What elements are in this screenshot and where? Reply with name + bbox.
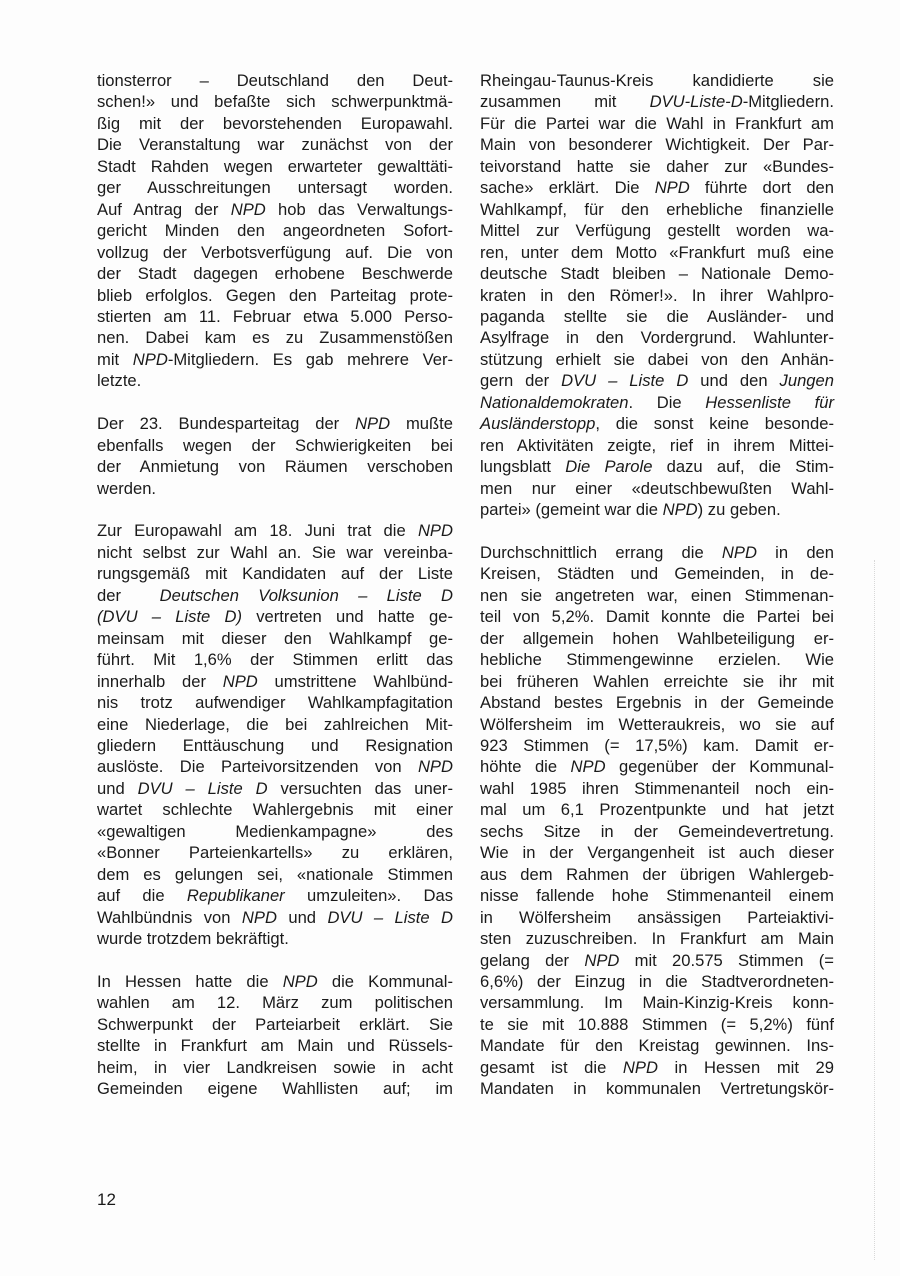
text-line: mit NPD-Mitgliedern. Es gab mehrere Ver- bbox=[97, 349, 453, 370]
text-segment: meinsam mit dieser den Wahlkampf ge- bbox=[97, 629, 453, 648]
text-segment: Main von besonderer Wichtigkeit. Der Par… bbox=[480, 135, 834, 154]
text-segment: Durchschnittlich errang die bbox=[480, 543, 722, 562]
left-column: tionsterror – Deutschland den Deut-schen… bbox=[97, 70, 453, 1121]
italic-text: Jungen bbox=[780, 371, 834, 390]
text-line: blieb erfolglos. Gegen den Parteitag pro… bbox=[97, 285, 453, 306]
text-segment: deutsche Stadt bleiben – Nationale Demo- bbox=[480, 264, 834, 283]
text-segment: in den bbox=[757, 543, 834, 562]
text-segment: . Die bbox=[629, 393, 706, 412]
text-segment: Wahlbündnis von bbox=[97, 908, 242, 927]
text-segment: , die sonst keine besonde- bbox=[595, 414, 834, 433]
text-line: 923 Stimmen (= 17,5%) kam. Damit er- bbox=[480, 735, 834, 756]
text-segment: vollzug der Verbotsverfügung auf. Die vo… bbox=[97, 243, 453, 262]
text-segment: gegenüber der Kommunal- bbox=[606, 757, 834, 776]
text-segment: nicht selbst zur Wahl an. Sie war verein… bbox=[97, 543, 453, 562]
text-segment: gesamt ist die bbox=[480, 1058, 623, 1077]
text-line: werden. bbox=[97, 478, 453, 499]
text-line: Mandaten in kommunalen Vertretungskör- bbox=[480, 1078, 834, 1099]
text-segment: blieb erfolglos. Gegen den Parteitag pro… bbox=[97, 286, 453, 305]
text-segment: sten zuzuschreiben. In Frankfurt am Main bbox=[480, 929, 834, 948]
paragraph: In Hessen hatte die NPD die Kommunal-wah… bbox=[97, 971, 453, 1100]
text-line: Auf Antrag der NPD hob das Verwaltungs- bbox=[97, 199, 453, 220]
text-line: Mandate für den Kreistag gewinnen. Ins- bbox=[480, 1035, 834, 1056]
text-line: gern der DVU – Liste D und den Jungen bbox=[480, 370, 834, 391]
text-line: Wahlkampf, für den erhebliche finanziell… bbox=[480, 199, 834, 220]
text-segment: wurde trotzdem bekräftigt. bbox=[97, 929, 289, 948]
text-line: Main von besonderer Wichtigkeit. Der Par… bbox=[480, 134, 834, 155]
italic-text: NPD bbox=[722, 543, 757, 562]
text-line: ger Ausschreitungen untersagt worden. bbox=[97, 177, 453, 198]
text-line: Schwerpunkt der Parteiarbeit erklärt. Si… bbox=[97, 1014, 453, 1035]
text-segment: te sie mit 10.888 Stimmen (= 5,2%) fünf bbox=[480, 1015, 834, 1034]
text-segment: partei» (gemeint war die bbox=[480, 500, 663, 519]
text-segment: Mittel zur Verfügung gestellt worden wa- bbox=[480, 221, 834, 240]
text-segment: Wie in der Vergangenheit ist auch dieser bbox=[480, 843, 834, 862]
text-segment: werden. bbox=[97, 479, 156, 498]
text-segment: höhte die bbox=[480, 757, 571, 776]
text-segment: «gewaltigen Medienkampagne» des bbox=[97, 822, 453, 841]
text-line: kraten in den Römer!». In ihrer Wahlpro- bbox=[480, 285, 834, 306]
text-line: Die Veranstaltung war zunächst von der bbox=[97, 134, 453, 155]
text-segment: auslöste. Die Parteivorsitzenden von bbox=[97, 757, 418, 776]
italic-text: NPD bbox=[283, 972, 318, 991]
italic-text: DVU – Liste D bbox=[138, 779, 268, 798]
text-segment: ebenfalls wegen der Schwierigkeiten bei bbox=[97, 436, 453, 455]
italic-text: NPD bbox=[418, 521, 453, 540]
italic-text: Nationaldemokraten bbox=[480, 393, 629, 412]
paragraph: Rheingau-Taunus-Kreis kandidierte siezus… bbox=[480, 70, 834, 521]
text-line: Asylfrage in den Vordergrund. Wahlunter- bbox=[480, 327, 834, 348]
text-line: Mittel zur Verfügung gestellt worden wa- bbox=[480, 220, 834, 241]
text-segment: wahl 1985 ihren Stimmenanteil noch ein- bbox=[480, 779, 834, 798]
text-segment: dem es gelungen sei, «nationale Stimmen bbox=[97, 865, 453, 884]
text-line: nicht selbst zur Wahl an. Sie war verein… bbox=[97, 542, 453, 563]
text-segment: Kreisen, Städten und Gemeinden, in de- bbox=[480, 564, 834, 583]
text-segment: Wahlkampf, für den erhebliche finanziell… bbox=[480, 200, 834, 219]
text-line: auf die Republikaner umzuleiten». Das bbox=[97, 885, 453, 906]
text-line: zusammen mit DVU-Liste-D-Mitgliedern. bbox=[480, 91, 834, 112]
text-segment: ßig mit der bevorstehenden Europawahl. bbox=[97, 114, 453, 133]
text-segment: nen. Dabei kam es zu Zusammenstößen bbox=[97, 328, 453, 347]
text-line: Der 23. Bundesparteitag der NPD mußte bbox=[97, 413, 453, 434]
text-segment: -Mitgliedern. Es gab mehrere Ver- bbox=[168, 350, 453, 369]
text-segment: und bbox=[97, 779, 138, 798]
text-segment: und den bbox=[688, 371, 779, 390]
text-segment: in Hessen mit 29 bbox=[658, 1058, 834, 1077]
text-segment: auf die bbox=[97, 886, 187, 905]
italic-text: NPD bbox=[231, 200, 266, 219]
text-line: Kreisen, Städten und Gemeinden, in de- bbox=[480, 563, 834, 584]
text-line: dem es gelungen sei, «nationale Stimmen bbox=[97, 864, 453, 885]
text-line: der Deutschen Volksunion – Liste D bbox=[97, 585, 453, 606]
text-segment: aus dem Rahmen der übrigen Wahlergeb- bbox=[480, 865, 834, 884]
paragraph: Durchschnittlich errang die NPD in denKr… bbox=[480, 542, 834, 1100]
text-segment: Der 23. Bundesparteitag der bbox=[97, 414, 355, 433]
text-segment: und bbox=[277, 908, 328, 927]
text-segment: tionsterror – Deutschland den Deut- bbox=[97, 71, 453, 90]
text-segment: Wölfersheim im Wetteraukreis, wo sie auf bbox=[480, 715, 834, 734]
italic-text: Republikaner bbox=[187, 886, 285, 905]
text-segment: Zur Europawahl am 18. Juni trat die bbox=[97, 521, 418, 540]
text-segment: «Bonner Parteienkartells» zu erklären, bbox=[97, 843, 453, 862]
text-line: ßig mit der bevorstehenden Europawahl. bbox=[97, 113, 453, 134]
text-segment: der Stadt dagegen erhobene Beschwerde bbox=[97, 264, 453, 283]
text-segment: mal um 6,1 Prozentpunkte und hat jetzt bbox=[480, 800, 834, 819]
text-line: mal um 6,1 Prozentpunkte und hat jetzt bbox=[480, 799, 834, 820]
text-segment: schen!» und befaßte sich schwerpunktmä- bbox=[97, 92, 453, 111]
text-segment: 923 Stimmen (= 17,5%) kam. Damit er- bbox=[480, 736, 834, 755]
text-line: nen sie angetreten war, einen Stimmenan- bbox=[480, 585, 834, 606]
text-segment: umzuleiten». Das bbox=[285, 886, 453, 905]
text-line: sechs Sitze in der Gemeindevertretung. bbox=[480, 821, 834, 842]
text-line: innerhalb der NPD umstrittene Wahlbünd- bbox=[97, 671, 453, 692]
text-segment: wartet schlechte Wahlergebnis mit einer bbox=[97, 800, 453, 819]
text-line: gliedern Enttäuschung und Resignation bbox=[97, 735, 453, 756]
text-line: sten zuzuschreiben. In Frankfurt am Main bbox=[480, 928, 834, 949]
text-line: Wie in der Vergangenheit ist auch dieser bbox=[480, 842, 834, 863]
text-segment: men nur einer «deutschbewußten Wahl- bbox=[480, 479, 834, 498]
text-line: auslöste. Die Parteivorsitzenden von NPD bbox=[97, 756, 453, 777]
italic-text: Ausländerstopp bbox=[480, 414, 595, 433]
text-segment: der allgemein hohen Wahlbeteiligung er- bbox=[480, 629, 834, 648]
text-segment: ) zu geben. bbox=[698, 500, 781, 519]
text-line: nen. Dabei kam es zu Zusammenstößen bbox=[97, 327, 453, 348]
text-segment: Abstand bestes Ergebnis in der Gemeinde bbox=[480, 693, 834, 712]
text-segment: umstrittene Wahlbünd- bbox=[258, 672, 453, 691]
text-segment: innerhalb der bbox=[97, 672, 223, 691]
italic-text: DVU – Liste D bbox=[327, 908, 453, 927]
text-segment: ren Aktivitäten zeigte, rief in ihrem Mi… bbox=[480, 436, 834, 455]
text-segment: kraten in den Römer!». In ihrer Wahlpro- bbox=[480, 286, 834, 305]
text-line: stierten am 11. Februar etwa 5.000 Perso… bbox=[97, 306, 453, 327]
text-line: (DVU – Liste D) vertreten und hatte ge- bbox=[97, 606, 453, 627]
text-line: 6,6%) der Einzug in die Stadtverordneten… bbox=[480, 971, 834, 992]
text-segment: Stadt Rahden wegen erwarteter gewalttäti… bbox=[97, 157, 453, 176]
text-segment: In Hessen hatte die bbox=[97, 972, 283, 991]
text-line: versammlung. Im Main-Kinzig-Kreis konn- bbox=[480, 992, 834, 1013]
text-segment: Die Veranstaltung war zunächst von der bbox=[97, 135, 453, 154]
text-line: Gemeinden eigene Wahllisten auf; im bbox=[97, 1078, 453, 1099]
text-segment: in Wölfersheim ansässigen Parteiaktivi- bbox=[480, 908, 834, 927]
text-line: höhte die NPD gegenüber der Kommunal- bbox=[480, 756, 834, 777]
italic-text: Die Parole bbox=[565, 457, 652, 476]
text-line: Wölfersheim im Wetteraukreis, wo sie auf bbox=[480, 714, 834, 735]
text-line: wurde trotzdem bekräftigt. bbox=[97, 928, 453, 949]
text-line: wartet schlechte Wahlergebnis mit einer bbox=[97, 799, 453, 820]
scan-margin-mark bbox=[874, 560, 876, 1260]
text-line: partei» (gemeint war die NPD) zu geben. bbox=[480, 499, 834, 520]
text-line: stützung erhielt sie dabei von den Anhän… bbox=[480, 349, 834, 370]
text-line: In Hessen hatte die NPD die Kommunal- bbox=[97, 971, 453, 992]
text-line: der Stadt dagegen erhobene Beschwerde bbox=[97, 263, 453, 284]
text-segment: stützung erhielt sie dabei von den Anhän… bbox=[480, 350, 834, 369]
italic-text: NPD bbox=[242, 908, 277, 927]
text-segment: Schwerpunkt der Parteiarbeit erklärt. Si… bbox=[97, 1015, 453, 1034]
text-segment: sechs Sitze in der Gemeindevertretung. bbox=[480, 822, 834, 841]
text-segment: mußte bbox=[390, 414, 453, 433]
text-line: «Bonner Parteienkartells» zu erklären, bbox=[97, 842, 453, 863]
text-line: führt. Mit 1,6% der Stimmen erlitt das bbox=[97, 649, 453, 670]
italic-text: Deutschen Volksunion – Liste D bbox=[160, 586, 453, 605]
text-line: deutsche Stadt bleiben – Nationale Demo- bbox=[480, 263, 834, 284]
text-line: teivorstand hatte sie daher zur «Bundes- bbox=[480, 156, 834, 177]
text-line: stellte in Frankfurt am Main und Rüssels… bbox=[97, 1035, 453, 1056]
text-segment: dazu auf, die Stim- bbox=[652, 457, 834, 476]
italic-text: NPD bbox=[223, 672, 258, 691]
italic-text: (DVU – Liste D) bbox=[97, 607, 242, 626]
text-segment: hebliche Stimmengewinne erzielen. Wie bbox=[480, 650, 834, 669]
text-segment: vertreten und hatte ge- bbox=[242, 607, 453, 626]
text-line: der Anmietung von Räumen verschoben bbox=[97, 456, 453, 477]
text-line: wahl 1985 ihren Stimmenanteil noch ein- bbox=[480, 778, 834, 799]
text-segment: Rheingau-Taunus-Kreis kandidierte sie bbox=[480, 71, 834, 90]
text-line: «gewaltigen Medienkampagne» des bbox=[97, 821, 453, 842]
text-segment: mit bbox=[97, 350, 133, 369]
text-segment: sache» erklärt. Die bbox=[480, 178, 655, 197]
text-line: vollzug der Verbotsverfügung auf. Die vo… bbox=[97, 242, 453, 263]
text-line: ren, unter dem Motto «Frankfurt muß eine bbox=[480, 242, 834, 263]
text-segment: letzte. bbox=[97, 371, 141, 390]
text-segment: lungsblatt bbox=[480, 457, 565, 476]
text-segment: Gemeinden eigene Wahllisten auf; im bbox=[97, 1079, 453, 1098]
text-line: nisse fallende hohe Stimmenanteil einem bbox=[480, 885, 834, 906]
text-line: letzte. bbox=[97, 370, 453, 391]
text-segment: Mandaten in kommunalen Vertretungskör- bbox=[480, 1079, 834, 1098]
text-segment: teil von 5,2%. Damit konnte die Partei b… bbox=[480, 607, 834, 626]
text-segment: gliedern Enttäuschung und Resignation bbox=[97, 736, 453, 755]
italic-text: NPD bbox=[663, 500, 698, 519]
text-segment: führte dort den bbox=[690, 178, 834, 197]
italic-text: NPD bbox=[571, 757, 606, 776]
text-line: Für die Partei war die Wahl in Frankfurt… bbox=[480, 113, 834, 134]
italic-text: NPD bbox=[584, 951, 619, 970]
italic-text: NPD bbox=[355, 414, 390, 433]
right-column: Rheingau-Taunus-Kreis kandidierte siezus… bbox=[480, 70, 834, 1121]
text-line: ebenfalls wegen der Schwierigkeiten bei bbox=[97, 435, 453, 456]
text-segment: Auf Antrag der bbox=[97, 200, 231, 219]
text-line: meinsam mit dieser den Wahlkampf ge- bbox=[97, 628, 453, 649]
text-segment: ger Ausschreitungen untersagt worden. bbox=[97, 178, 453, 197]
text-line: ren Aktivitäten zeigte, rief in ihrem Mi… bbox=[480, 435, 834, 456]
text-line: teil von 5,2%. Damit konnte die Partei b… bbox=[480, 606, 834, 627]
text-line: in Wölfersheim ansässigen Parteiaktivi- bbox=[480, 907, 834, 928]
text-line: Abstand bestes Ergebnis in der Gemeinde bbox=[480, 692, 834, 713]
italic-text: NPD bbox=[418, 757, 453, 776]
text-segment: wahlen am 12. März zum politischen bbox=[97, 993, 453, 1012]
text-line: nis trotz aufwendiger Wahlkampfagitation bbox=[97, 692, 453, 713]
text-segment: gern der bbox=[480, 371, 561, 390]
text-line: schen!» und befaßte sich schwerpunktmä- bbox=[97, 91, 453, 112]
text-line: lungsblatt Die Parole dazu auf, die Stim… bbox=[480, 456, 834, 477]
text-line: gericht Minden den angeordneten Sofort- bbox=[97, 220, 453, 241]
text-line: tionsterror – Deutschland den Deut- bbox=[97, 70, 453, 91]
paragraph: tionsterror – Deutschland den Deut-schen… bbox=[97, 70, 453, 392]
italic-text: Hessenliste für bbox=[705, 393, 834, 412]
text-segment: gericht Minden den angeordneten Sofort- bbox=[97, 221, 453, 240]
text-segment: bei früheren Wahlen erreichte sie ihr mi… bbox=[480, 672, 834, 691]
text-segment: 6,6%) der Einzug in die Stadtverordneten… bbox=[480, 972, 834, 991]
text-line: te sie mit 10.888 Stimmen (= 5,2%) fünf bbox=[480, 1014, 834, 1035]
text-line: wahlen am 12. März zum politischen bbox=[97, 992, 453, 1013]
text-segment: heim, in vier Landkreisen sowie in acht bbox=[97, 1058, 453, 1077]
text-segment: eine Niederlage, die bei zahlreichen Mit… bbox=[97, 715, 453, 734]
text-segment: Mandate für den Kreistag gewinnen. Ins- bbox=[480, 1036, 834, 1055]
text-segment: nisse fallende hohe Stimmenanteil einem bbox=[480, 886, 834, 905]
text-line: gelang der NPD mit 20.575 Stimmen (= bbox=[480, 950, 834, 971]
text-segment: paganda stellte sie die Ausländer- und bbox=[480, 307, 834, 326]
text-line: Zur Europawahl am 18. Juni trat die NPD bbox=[97, 520, 453, 541]
text-line: Ausländerstopp, die sonst keine besonde- bbox=[480, 413, 834, 434]
text-segment: hob das Verwaltungs- bbox=[266, 200, 453, 219]
text-line: gesamt ist die NPD in Hessen mit 29 bbox=[480, 1057, 834, 1078]
text-segment: versuchten das uner- bbox=[268, 779, 453, 798]
text-segment: teivorstand hatte sie daher zur «Bundes- bbox=[480, 157, 834, 176]
text-segment: stierten am 11. Februar etwa 5.000 Perso… bbox=[97, 307, 453, 326]
text-line: rungsgemäß mit Kandidaten auf der Liste bbox=[97, 563, 453, 584]
italic-text: DVU – Liste D bbox=[561, 371, 688, 390]
text-segment: gelang der bbox=[480, 951, 584, 970]
text-segment: -Mitgliedern. bbox=[743, 92, 834, 111]
text-segment: rungsgemäß mit Kandidaten auf der Liste bbox=[97, 564, 453, 583]
text-segment: nis trotz aufwendiger Wahlkampfagitation bbox=[97, 693, 453, 712]
text-line: aus dem Rahmen der übrigen Wahlergeb- bbox=[480, 864, 834, 885]
text-line: men nur einer «deutschbewußten Wahl- bbox=[480, 478, 834, 499]
italic-text: DVU-Liste-D bbox=[650, 92, 743, 111]
text-line: Stadt Rahden wegen erwarteter gewalttäti… bbox=[97, 156, 453, 177]
text-line: paganda stellte sie die Ausländer- und bbox=[480, 306, 834, 327]
text-segment: ren, unter dem Motto «Frankfurt muß eine bbox=[480, 243, 834, 262]
text-segment: versammlung. Im Main-Kinzig-Kreis konn- bbox=[480, 993, 834, 1012]
text-line: Nationaldemokraten. Die Hessenliste für bbox=[480, 392, 834, 413]
text-segment: Asylfrage in den Vordergrund. Wahlunter- bbox=[480, 328, 834, 347]
text-segment: zusammen mit bbox=[480, 92, 650, 111]
page-number: 12 bbox=[97, 1190, 116, 1210]
italic-text: NPD bbox=[655, 178, 690, 197]
text-line: Rheingau-Taunus-Kreis kandidierte sie bbox=[480, 70, 834, 91]
text-segment: die Kommunal- bbox=[318, 972, 453, 991]
text-segment: Für die Partei war die Wahl in Frankfurt… bbox=[480, 114, 834, 133]
italic-text: NPD bbox=[133, 350, 168, 369]
text-line: sache» erklärt. Die NPD führte dort den bbox=[480, 177, 834, 198]
text-line: der allgemein hohen Wahlbeteiligung er- bbox=[480, 628, 834, 649]
text-segment: nen sie angetreten war, einen Stimmenan- bbox=[480, 586, 834, 605]
text-line: bei früheren Wahlen erreichte sie ihr mi… bbox=[480, 671, 834, 692]
text-line: Wahlbündnis von NPD und DVU – Liste D bbox=[97, 907, 453, 928]
text-segment: der bbox=[97, 586, 160, 605]
text-line: Durchschnittlich errang die NPD in den bbox=[480, 542, 834, 563]
text-line: und DVU – Liste D versuchten das uner- bbox=[97, 778, 453, 799]
text-line: heim, in vier Landkreisen sowie in acht bbox=[97, 1057, 453, 1078]
paragraph: Der 23. Bundesparteitag der NPD mußteebe… bbox=[97, 413, 453, 499]
text-segment: stellte in Frankfurt am Main und Rüssels… bbox=[97, 1036, 453, 1055]
document-page: tionsterror – Deutschland den Deut-schen… bbox=[0, 0, 900, 1276]
text-segment: führt. Mit 1,6% der Stimmen erlitt das bbox=[97, 650, 453, 669]
text-segment: mit 20.575 Stimmen (= bbox=[619, 951, 834, 970]
text-line: eine Niederlage, die bei zahlreichen Mit… bbox=[97, 714, 453, 735]
text-line: hebliche Stimmengewinne erzielen. Wie bbox=[480, 649, 834, 670]
text-segment: der Anmietung von Räumen verschoben bbox=[97, 457, 453, 476]
paragraph: Zur Europawahl am 18. Juni trat die NPDn… bbox=[97, 520, 453, 949]
italic-text: NPD bbox=[623, 1058, 658, 1077]
